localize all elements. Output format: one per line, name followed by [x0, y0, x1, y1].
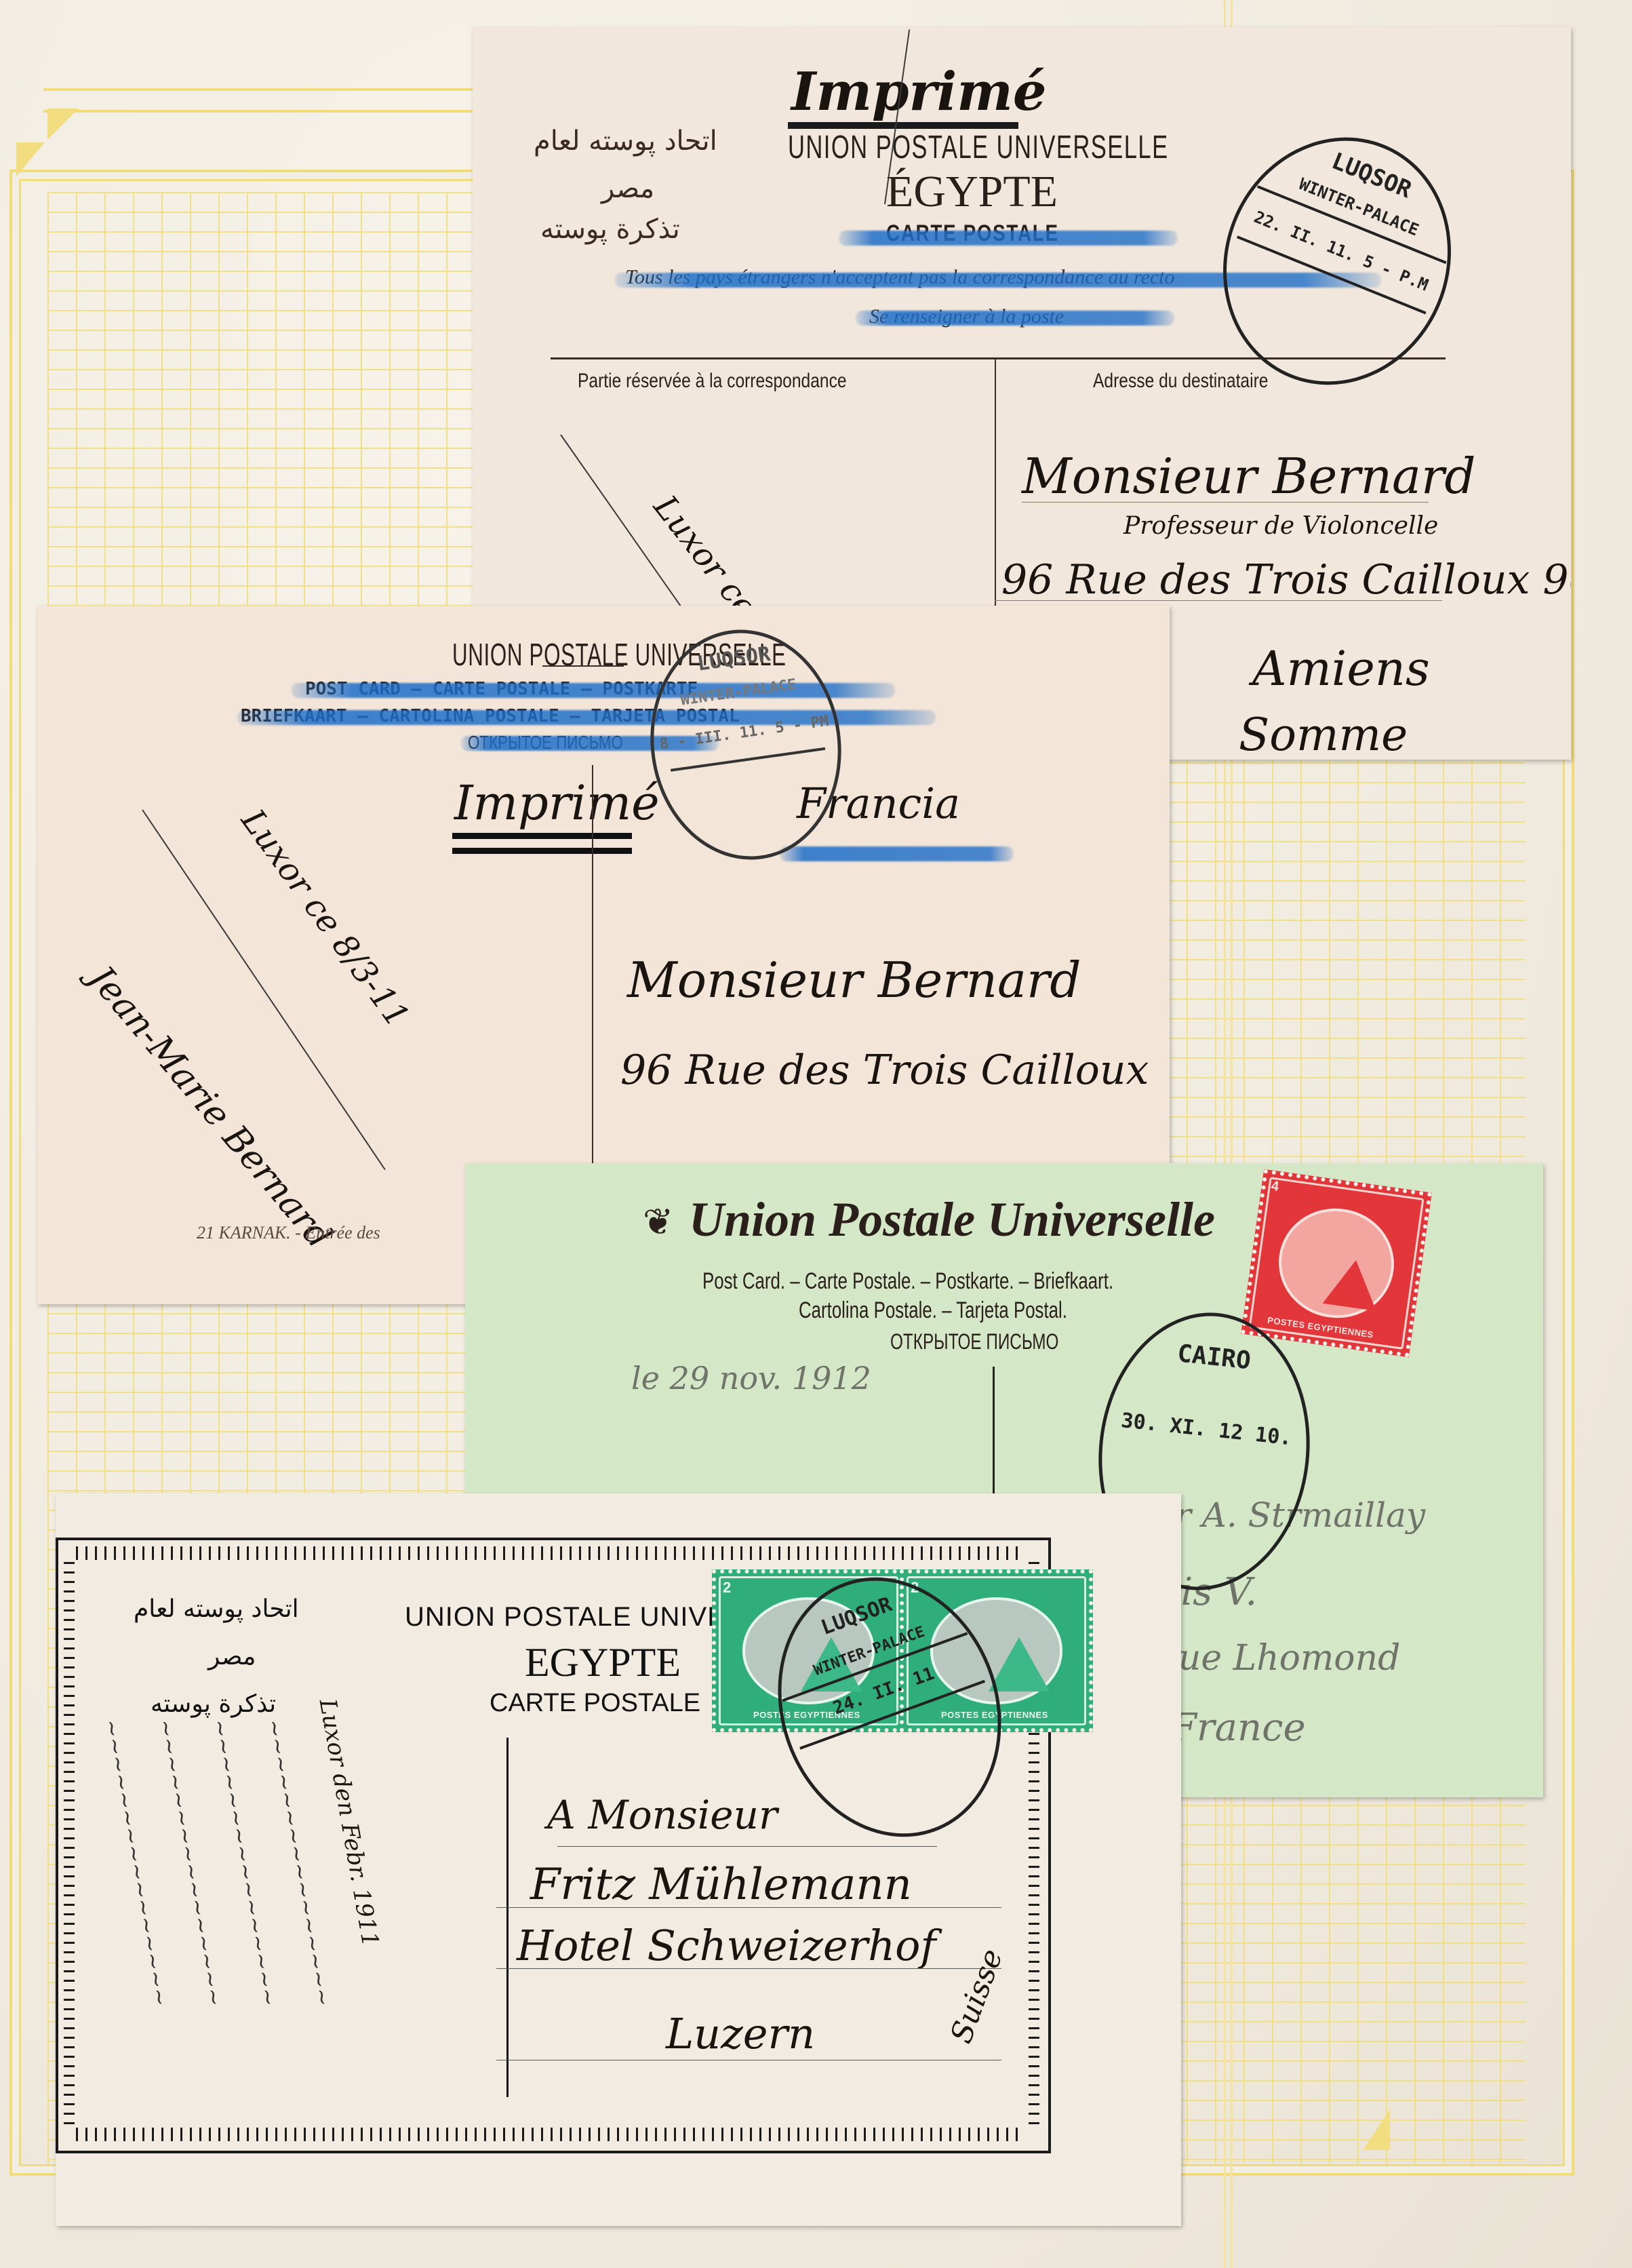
arabic-header-line-2: مصر — [601, 173, 654, 204]
address-line-2: Fritz Mühlemann — [530, 1860, 912, 1910]
address-line-2: Monsieur Bernard — [627, 952, 1081, 1009]
postmark-luqsor-winter-palace: LUQSOR WINTER-PALACE 8 - III. 11. 5 - PM — [636, 617, 856, 872]
address-line-3: Hotel Schweizerhof — [517, 1921, 936, 1970]
address-line-1: A Monsieur — [547, 1792, 778, 1838]
album-border-top — [43, 88, 484, 113]
arabic-header-line-2: مصر — [208, 1643, 256, 1670]
blue-crayon-underline — [780, 846, 1014, 861]
border-corner-ornament — [1363, 2109, 1390, 2150]
message-date: le 29 nov. 1912 — [631, 1360, 871, 1396]
photo-caption: 21 KARNAK. - Entrée des — [197, 1223, 380, 1243]
country-title: EGYPTE — [525, 1639, 681, 1686]
imprime-handstamp: Imprimé — [454, 775, 660, 831]
blue-crayon-strike — [839, 231, 1178, 246]
center-divider — [506, 1738, 509, 2097]
stamp-4-milliemes-red: POSTES EGYPTIENNES 4 — [1241, 1169, 1432, 1357]
type-label: CARTE POSTALE — [490, 1689, 700, 1718]
border-corner-ornament — [16, 142, 45, 176]
upu-header: UNION POSTALE UNIVERSELLE — [788, 129, 1169, 166]
address-rule — [557, 1846, 937, 1847]
postcard-luxor-luzern: اتحاد پوسته لعام مصر تذكرة پوسته UNION P… — [56, 1493, 1181, 2226]
message-date: Luxor ce 8/3-11 — [234, 802, 417, 1034]
address-line-3: 96 Rue des Trois Cailloux — [620, 1047, 1149, 1094]
address-line-2: Professeur de Violoncelle — [1123, 512, 1438, 540]
address-rule — [496, 2060, 1001, 2060]
handstamp-underline — [788, 122, 1018, 129]
address-label: Adresse du destinataire — [1093, 370, 1268, 393]
address-line-4: Luzern — [666, 2009, 815, 2058]
handstamp-bar — [452, 833, 632, 839]
arabic-header-line-1: اتحاد پوسته لعام — [134, 1595, 299, 1623]
address-rule — [995, 600, 1442, 601]
type-line-1: Post Card. – Carte Postale. – Postkarte.… — [702, 1268, 1113, 1295]
address-rule — [496, 1907, 1001, 1908]
correspondence-label: Partie réservée à la correspondance — [578, 370, 847, 393]
handstamp-bar — [452, 848, 632, 854]
arabic-header-line-3: تذكرة پوسته — [151, 1690, 276, 1718]
decorative-band-left — [64, 1561, 75, 2124]
imprime-handstamp: Imprimé — [791, 61, 1046, 123]
signature: Jean-Marie Bernard — [81, 958, 340, 1256]
type-line-3: ОТКРЫТОЕ ПИСЬМО — [890, 1329, 1058, 1354]
blue-crayon-strike — [856, 311, 1174, 326]
arabic-header-line-1: اتحاد پوسته لعام — [534, 125, 717, 157]
header-rule — [542, 665, 624, 667]
country-title: ÉGYPTE — [886, 166, 1058, 218]
decorative-band-top — [76, 1546, 1025, 1560]
arabic-header-line-3: تذكرة پوسته — [540, 214, 680, 245]
border-corner-ornament — [47, 109, 79, 140]
address-line-1: Monsieur Bernard — [1022, 448, 1475, 505]
address-line-3: 96 Rue des Trois Cailloux 96 — [1001, 556, 1571, 604]
address-line-5: Somme — [1239, 709, 1408, 760]
decorative-band-bottom — [76, 2128, 1025, 2141]
address-line-4: Amiens — [1252, 641, 1430, 697]
address-line-4: France — [1170, 1706, 1306, 1750]
type-line-2: Cartolina Postale. – Tarjeta Postal. — [799, 1297, 1067, 1324]
fleuron-ornament: ❦ — [643, 1200, 673, 1243]
upu-header: Union Postale Universelle — [689, 1192, 1215, 1248]
address-rule — [496, 1968, 1001, 1969]
address-rule — [1022, 502, 1429, 503]
